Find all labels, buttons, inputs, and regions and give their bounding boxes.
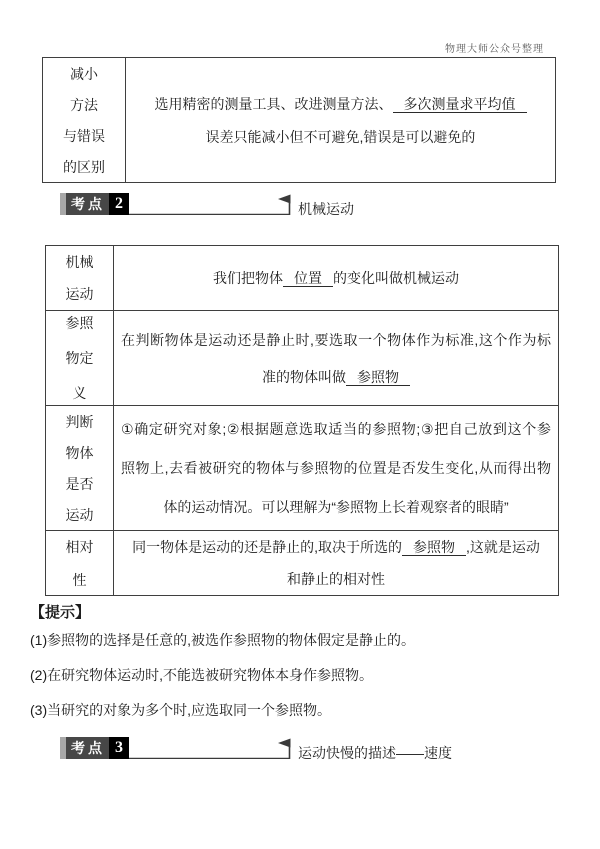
table-error-reduction: 减小 方法 与错误 的区别 选用精密的测量工具、改进测量方法、多次测量求平均值 … <box>42 57 556 183</box>
content-line: 误差只能减小但不可避免,错误是可以避免的 <box>206 127 476 147</box>
fill-in-blank: 位置 <box>283 270 333 287</box>
section-title: 机械运动 <box>298 199 354 219</box>
document-page: 物理大师公众号整理 减小 方法 与错误 的区别 选用精密的测量工具、改进测量方法… <box>0 0 600 849</box>
content-line: 照物上,去看被研究的物体与参照物的位置是否发生变化,从而得出物 <box>121 458 551 478</box>
tips-heading: 【提示】 <box>30 601 90 622</box>
tip-item: (2)在研究物体运动时,不能选被研究物体本身作参照物。 <box>30 664 415 686</box>
label-line: 是否 <box>66 475 94 493</box>
label-line: 运动 <box>66 285 94 303</box>
content-line: ①确定研究对象;②根据题意选取适当的参照物;③把自己放到这个参 <box>121 419 551 439</box>
text-segment: 选用精密的测量工具、改进测量方法、 <box>155 96 393 112</box>
content-line: 选用精密的测量工具、改进测量方法、多次测量求平均值 <box>155 94 527 114</box>
label-line: 判断 <box>66 413 94 431</box>
label-line: 性 <box>73 571 87 589</box>
content-line: 在判断物体是运动还是静止时,要选取一个物体作为标准,这个作为标 <box>121 330 551 350</box>
label-line: 方法 <box>70 96 98 114</box>
hook-arrow-icon <box>129 735 297 759</box>
text-segment: 同一物体是运动的还是静止的,取决于所选的 <box>132 539 402 555</box>
label-line: 参照 <box>66 314 94 332</box>
text-segment: 准的物体叫做 <box>262 369 346 385</box>
table-row-label: 相对 性 <box>46 531 114 595</box>
text-segment: 的变化叫做机械运动 <box>333 270 459 286</box>
tip-item: (3)当研究的对象为多个时,应选取同一个参照物。 <box>30 699 415 721</box>
kaodian-badge: 考点 3 <box>60 737 129 759</box>
label-line: 物体 <box>66 444 94 462</box>
hook-arrow-icon <box>129 191 297 215</box>
section-title: 运动快慢的描述——速度 <box>298 743 452 763</box>
kaodian-badge-label: 考点 <box>60 737 109 759</box>
table-row: 参照 物定 义 在判断物体是运动还是静止时,要选取一个物体作为标准,这个作为标 … <box>46 310 558 405</box>
tip-item: (1)参照物的选择是任意的,被选作参照物的物体假定是静止的。 <box>30 629 415 651</box>
kaodian-badge-number: 2 <box>109 193 129 215</box>
table-row-content: ①确定研究对象;②根据题意选取适当的参照物;③把自己放到这个参 照物上,去看被研… <box>114 406 558 530</box>
label-line: 义 <box>73 384 87 402</box>
content-line: 体的运动情况。可以理解为“参照物上长着观察者的眼睛” <box>121 497 551 517</box>
content-line: 同一物体是运动的还是静止的,取决于所选的参照物,这就是运动 <box>121 537 551 557</box>
content-line: 准的物体叫做参照物 <box>121 367 551 387</box>
label-line: 相对 <box>66 538 94 556</box>
content-line: 我们把物体位置的变化叫做机械运动 <box>121 268 551 288</box>
text-segment: 我们把物体 <box>213 270 283 286</box>
label-line: 减小 <box>70 65 98 83</box>
fill-in-blank: 参照物 <box>346 369 410 386</box>
table-row-label: 减小 方法 与错误 的区别 <box>43 58 126 182</box>
table-row-label: 判断 物体 是否 运动 <box>46 406 114 530</box>
fill-in-blank: 多次测量求平均值 <box>393 96 527 113</box>
label-line: 运动 <box>66 506 94 524</box>
table-row-content: 在判断物体是运动还是静止时,要选取一个物体作为标准,这个作为标 准的物体叫做参照… <box>114 311 558 405</box>
table-row-content: 同一物体是运动的还是静止的,取决于所选的参照物,这就是运动 和静止的相对性 <box>114 531 558 595</box>
section-heading-kaodian-2: 考点 2 机械运动 <box>60 191 354 215</box>
table-row: 判断 物体 是否 运动 ①确定研究对象;②根据题意选取适当的参照物;③把自己放到… <box>46 405 558 530</box>
table-mechanical-motion: 机械 运动 我们把物体位置的变化叫做机械运动 参照 物定 义 在判断物体是运动还… <box>45 245 559 596</box>
kaodian-badge: 考点 2 <box>60 193 129 215</box>
content-line: 和静止的相对性 <box>121 569 551 589</box>
tips-list: (1)参照物的选择是任意的,被选作参照物的物体假定是静止的。 (2)在研究物体运… <box>30 629 415 721</box>
section-heading-kaodian-3: 考点 3 运动快慢的描述——速度 <box>60 735 452 759</box>
table-row-content: 选用精密的测量工具、改进测量方法、多次测量求平均值 误差只能减小但不可避免,错误… <box>126 58 555 182</box>
kaodian-badge-number: 3 <box>109 737 129 759</box>
fill-in-blank: 参照物 <box>402 539 466 556</box>
table-row-label: 参照 物定 义 <box>46 311 114 405</box>
kaodian-badge-label: 考点 <box>60 193 109 215</box>
table-row-content: 我们把物体位置的变化叫做机械运动 <box>114 246 558 310</box>
table-row: 相对 性 同一物体是运动的还是静止的,取决于所选的参照物,这就是运动 和静止的相… <box>46 530 558 595</box>
table-row: 机械 运动 我们把物体位置的变化叫做机械运动 <box>46 246 558 310</box>
label-line: 的区别 <box>63 158 105 176</box>
text-segment: ,这就是运动 <box>466 539 540 555</box>
table-row-label: 机械 运动 <box>46 246 114 310</box>
label-line: 与错误 <box>63 127 105 145</box>
label-line: 物定 <box>66 349 94 367</box>
label-line: 机械 <box>66 253 94 271</box>
watermark-text: 物理大师公众号整理 <box>445 40 544 55</box>
